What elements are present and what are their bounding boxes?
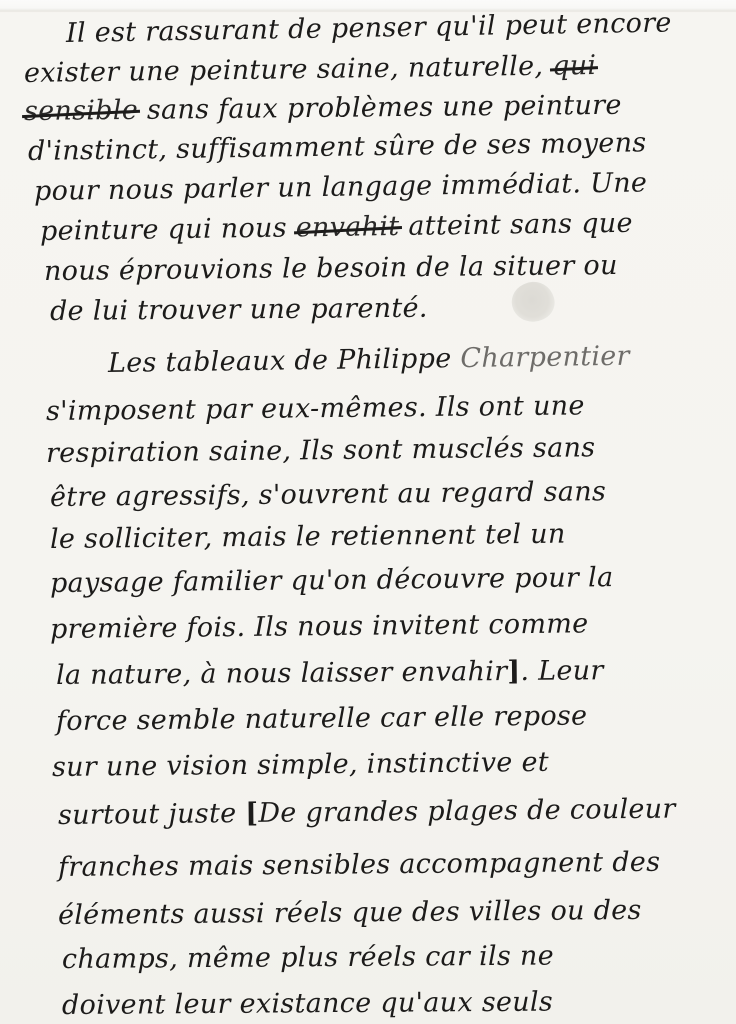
text-line: champs, même plus réels car ils ne <box>62 941 554 975</box>
struck-word: qui <box>552 50 597 82</box>
text-line: éléments aussi réels que des villes ou d… <box>58 895 642 931</box>
text-line: être agressifs, s'ouvrent au regard sans <box>50 476 606 513</box>
text-line: franches mais sensibles accompagnent des <box>58 847 661 883</box>
text-line: d'instinct, suffisamment sûre de ses moy… <box>28 127 647 167</box>
text-line: paysage familier qu'on découvre pour la <box>50 562 614 599</box>
bracket-mark: ] <box>507 656 520 687</box>
struck-word: envahit <box>296 211 400 243</box>
text-line: sur une vision simple, instinctive et <box>52 747 549 783</box>
handwritten-text: Il est rassurant de penser qu'il peut en… <box>0 0 736 1024</box>
text-line: nous éprouvions le besoin de la situer o… <box>44 250 618 287</box>
faint-word: Charpentier <box>460 341 630 374</box>
text-line: doivent leur existance qu'aux seuls <box>62 987 553 1021</box>
text-line: force semble naturelle car elle repose <box>56 700 588 737</box>
text-line: de lui trouver une parenté. <box>50 293 428 327</box>
text-line: Les tableaux de Philippe Charpentier <box>108 341 630 379</box>
manuscript-page: Il est rassurant de penser qu'il peut en… <box>0 0 736 1024</box>
text-line: sensible sans faux problèmes une peintur… <box>24 90 622 127</box>
bracket-mark: [ <box>245 798 258 829</box>
text-line: Il est rassurant de penser qu'il peut en… <box>66 7 672 49</box>
text-line: respiration saine, Ils sont musclés sans <box>46 432 596 469</box>
text-line: peinture qui nous envahit atteint sans q… <box>40 208 633 247</box>
text-line: la nature, à nous laisser envahir]. Leur <box>56 655 604 691</box>
text-line: surtout juste [De grandes plages de coul… <box>58 794 676 831</box>
text-line: s'imposent par eux-mêmes. Ils ont une <box>46 390 585 427</box>
text-line: exister une peinture saine, naturelle, q… <box>24 50 597 89</box>
text-line: pour nous parler un langage immédiat. Un… <box>34 167 648 207</box>
text-line: première fois. Ils nous invitent comme <box>50 608 589 645</box>
struck-word: sensible <box>24 95 138 127</box>
text-line: le solliciter, mais le retiennent tel un <box>50 519 566 555</box>
